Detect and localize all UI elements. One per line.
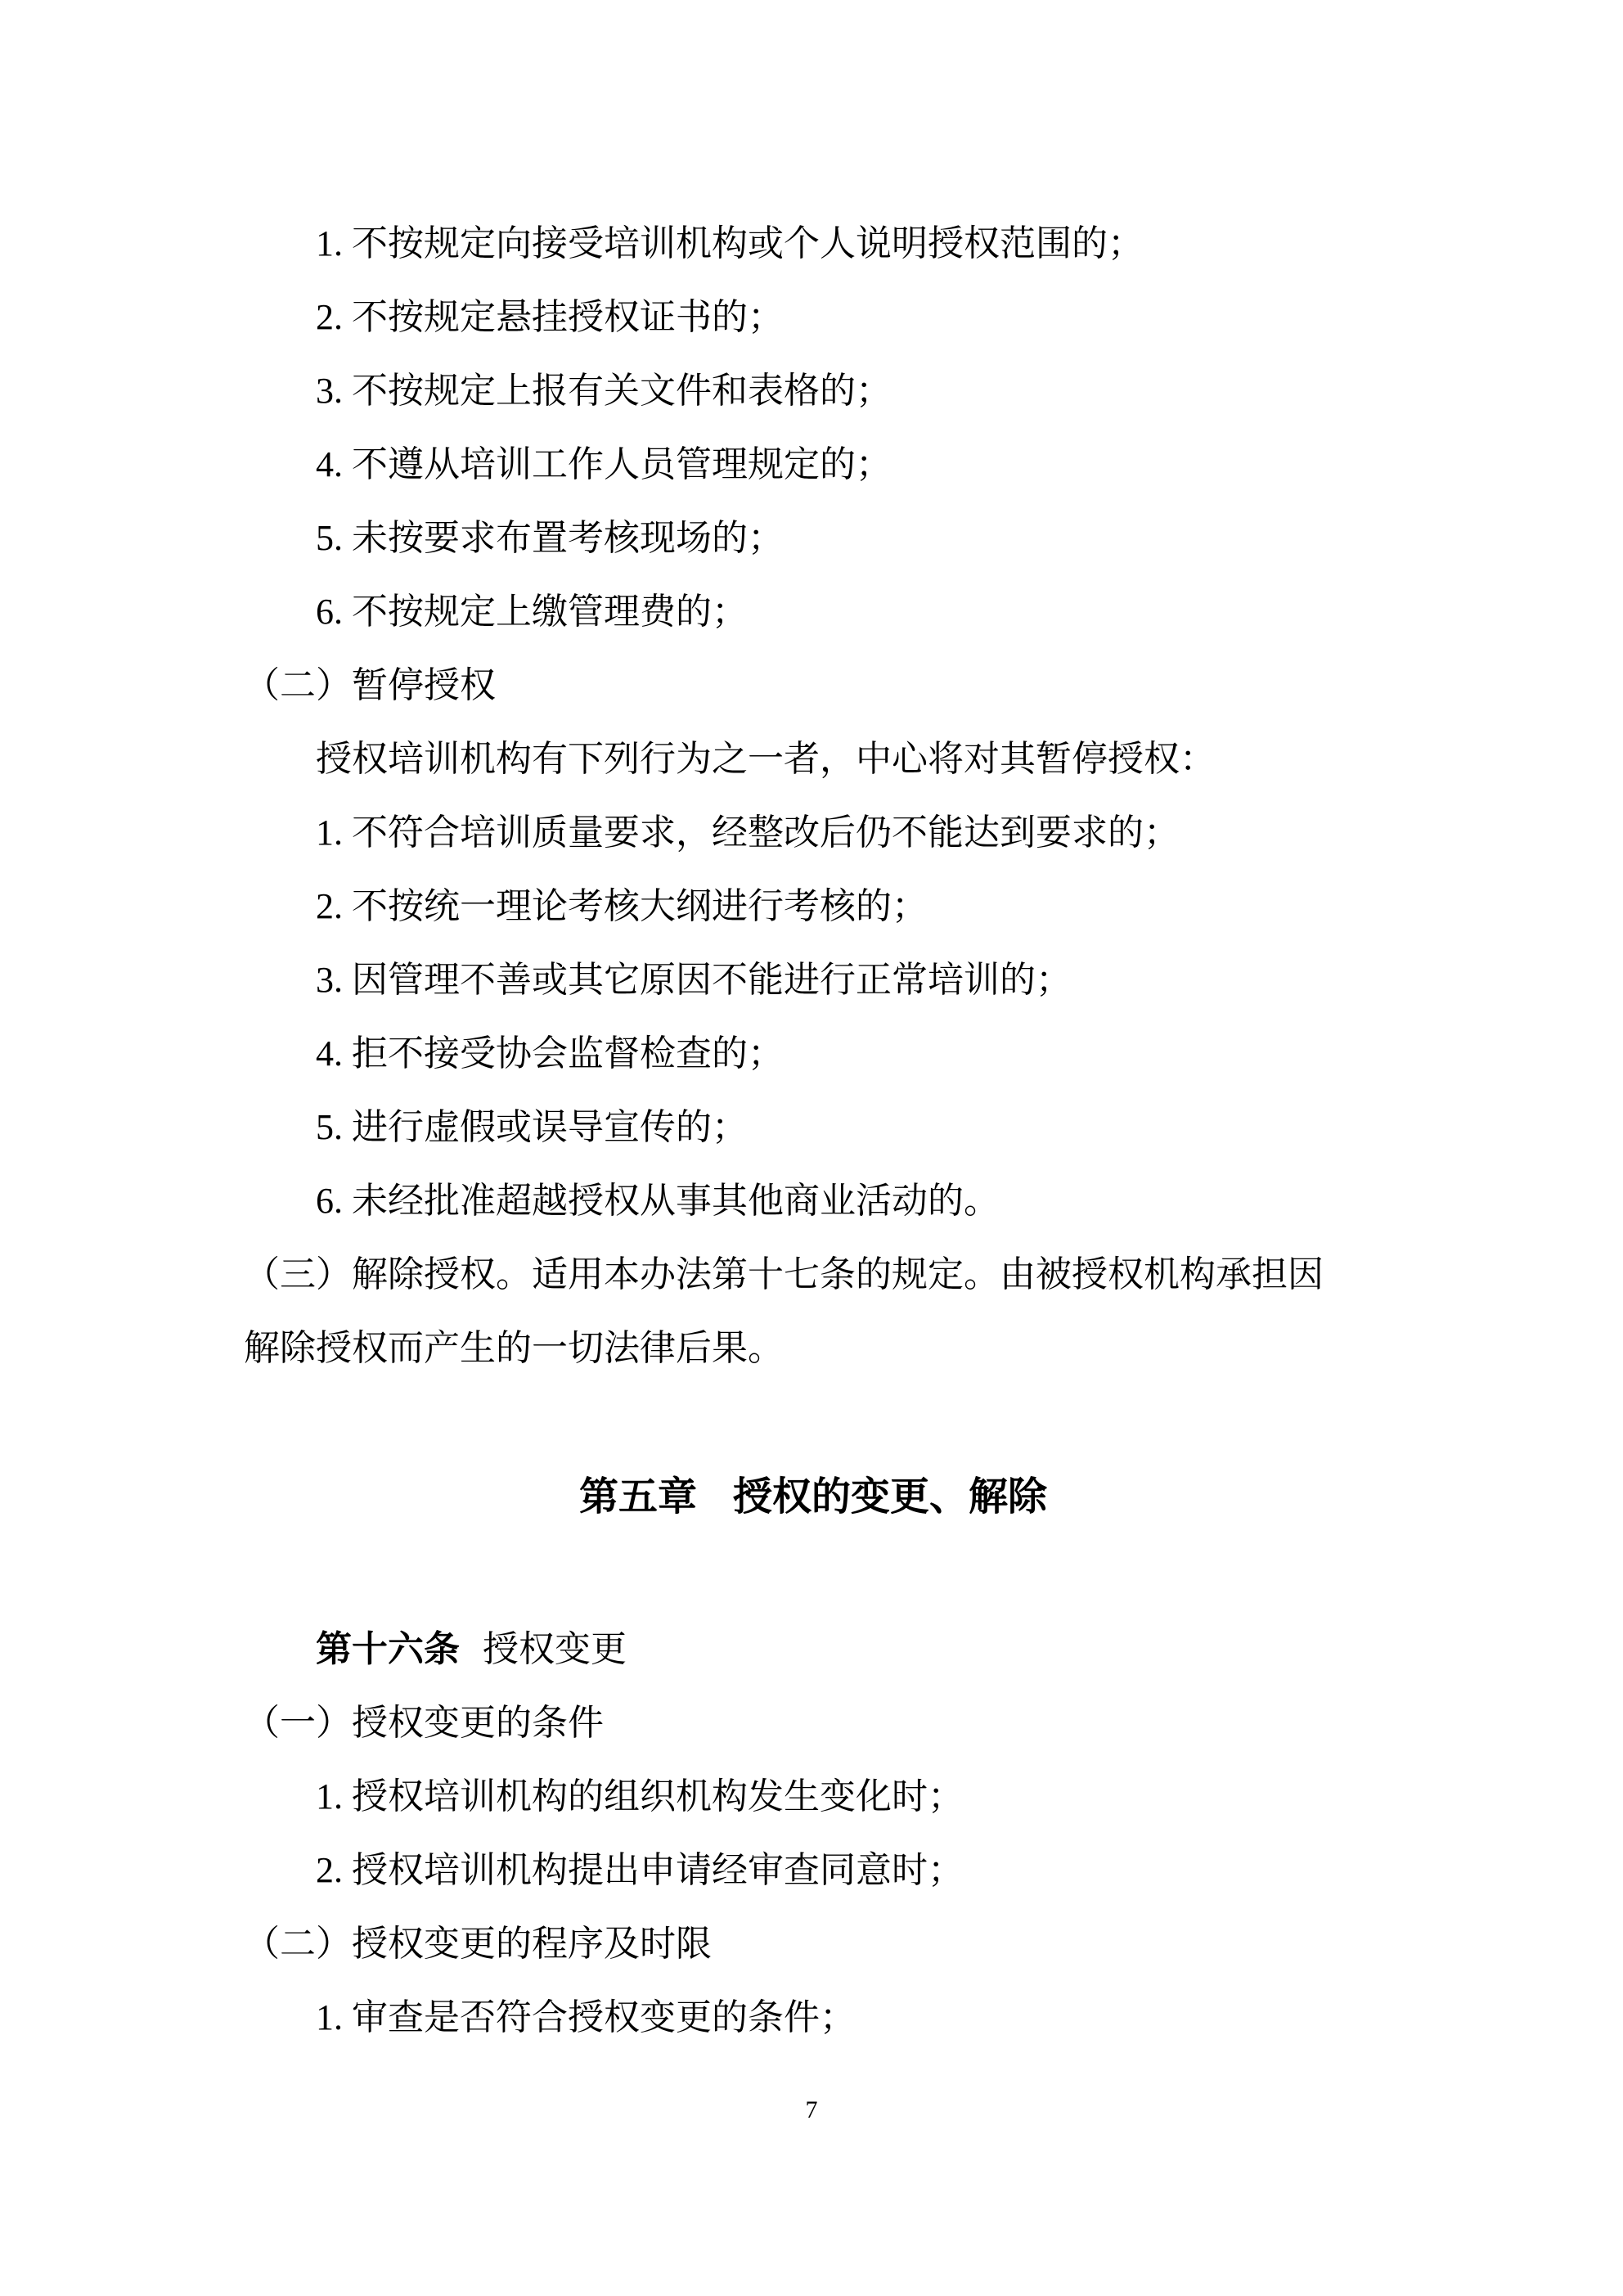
- chapter-title: 授权的变更、解除: [733, 1475, 1047, 1519]
- paragraph-line: （三）解除授权。适用本办法第十七条的规定。由被授权机构承担因: [244, 1238, 1382, 1312]
- list-item: 5. 进行虚假或误导宣传的；: [244, 1091, 1382, 1164]
- document-page: 1. 不按规定向接受培训机构或个人说明授权范围的； 2. 不按规定悬挂授权证书的…: [0, 0, 1623, 2296]
- list-item: 3. 不按规定上报有关文件和表格的；: [244, 354, 1382, 428]
- list-item: 1. 授权培训机构的组织机构发生变化时；: [244, 1760, 1382, 1834]
- list-item: 4. 拒不接受协会监督检查的；: [244, 1017, 1382, 1091]
- list-item: 3. 因管理不善或其它原因不能进行正常培训的；: [244, 943, 1382, 1017]
- list-item: 1. 不按规定向接受培训机构或个人说明授权范围的；: [244, 207, 1382, 281]
- subsection-heading: （二）授权变更的程序及时限: [244, 1907, 1382, 1981]
- list-item: 6. 不按规定上缴管理费的；: [244, 575, 1382, 649]
- paragraph: 授权培训机构有下列行为之一者，中心将对其暂停授权：: [244, 723, 1382, 796]
- list-item: 1. 不符合培训质量要求，经整改后仍不能达到要求的；: [244, 796, 1382, 870]
- list-item: 5. 未按要求布置考核现场的；: [244, 502, 1382, 575]
- subsection-heading: （二）暂停授权: [244, 649, 1382, 723]
- list-item: 1. 审查是否符合授权变更的条件；: [244, 1981, 1382, 2055]
- paragraph-line: 解除授权而产生的一切法律后果。: [244, 1312, 1382, 1385]
- subsection-heading: （一）授权变更的条件: [244, 1686, 1382, 1760]
- page-body: 1. 不按规定向接受培训机构或个人说明授权范围的； 2. 不按规定悬挂授权证书的…: [244, 207, 1382, 2055]
- article-title: 授权变更: [483, 1629, 627, 1669]
- page-number: 7: [0, 2095, 1623, 2126]
- list-item: 2. 不按统一理论考核大纲进行考核的；: [244, 870, 1382, 943]
- chapter-number: 第五章: [579, 1475, 697, 1519]
- list-item: 2. 不按规定悬挂授权证书的；: [244, 281, 1382, 354]
- list-item: 2. 授权培训机构提出申请经审查同意时；: [244, 1834, 1382, 1907]
- article-heading: 第十六条授权变更: [244, 1613, 1382, 1686]
- chapter-heading: 第五章授权的变更、解除: [244, 1461, 1382, 1534]
- list-item: 6. 未经批准超越授权从事其他商业活动的。: [244, 1164, 1382, 1238]
- list-item: 4. 不遵从培训工作人员管理规定的；: [244, 428, 1382, 502]
- article-number: 第十六条: [316, 1629, 460, 1669]
